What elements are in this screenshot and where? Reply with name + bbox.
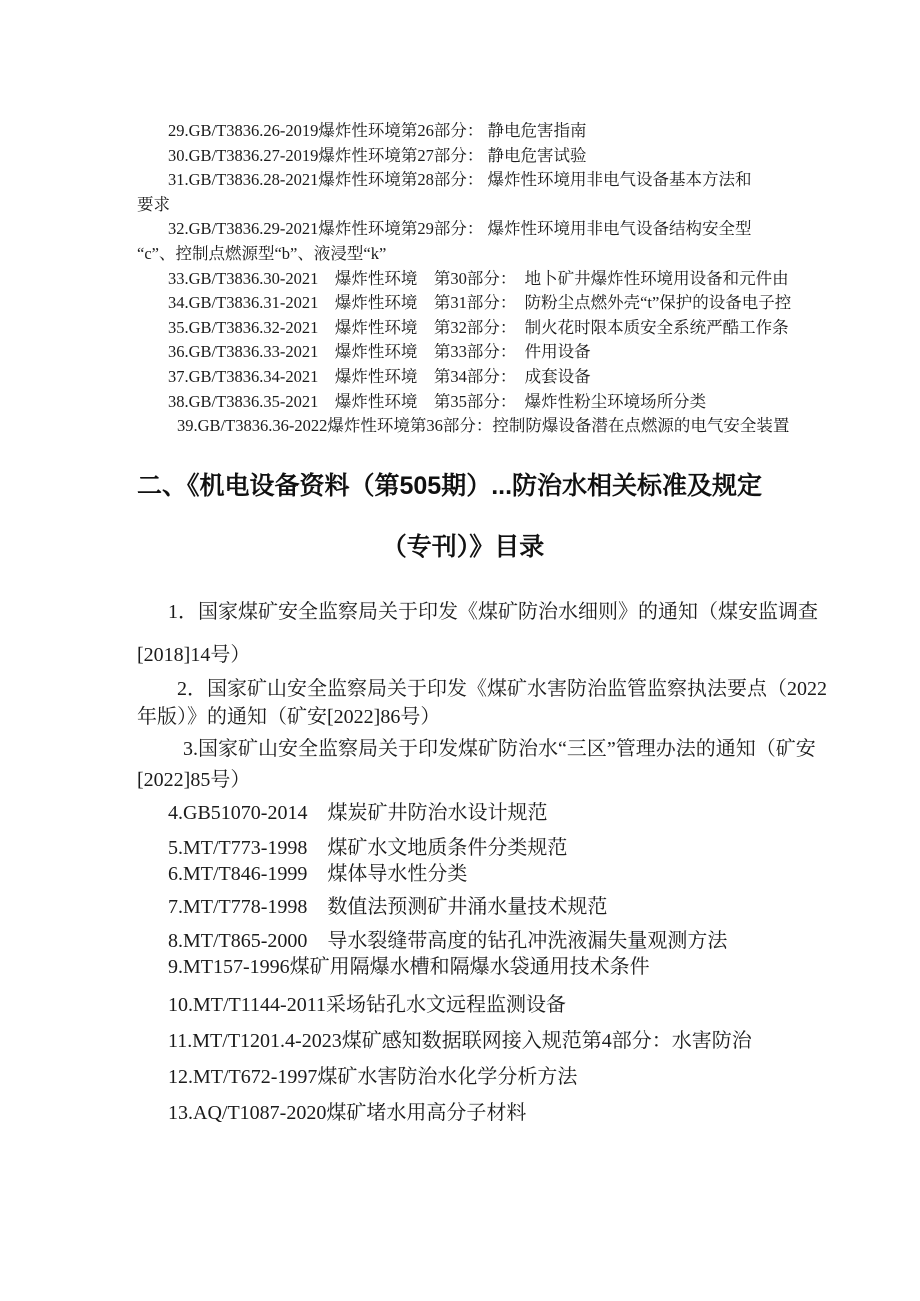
- standards-list-line-31: 31.GB/T3836.28-2021爆炸性环境第28部分： 爆炸性环境用非电气…: [137, 168, 820, 193]
- standards-list-line-32-cont: “c”、控制点燃源型“b”、液浸型“k”: [137, 242, 820, 267]
- catalog-item-12: 12.MT/T672-1997煤矿水害防治水化学分析方法: [137, 1064, 820, 1090]
- catalog-item-3: 3.国家矿山安全监察局关于印发煤矿防治水“三区”管理办法的通知（矿安: [137, 736, 820, 762]
- catalog-item-4: 4.GB51070-2014 煤炭矿井防治水设计规范: [137, 800, 820, 826]
- section-heading: 二、《机电设备资料（第505期）...防治水相关标准及规定 （专刊）》目录: [137, 470, 820, 564]
- standards-list-line-37: 37.GB/T3836.34-2021 爆炸性环境 第34部分： 成套设备: [137, 365, 820, 390]
- standards-list-line-35: 35.GB/T3836.32-2021 爆炸性环境 第32部分： 制火花时限本质…: [137, 316, 820, 341]
- catalog-item-7: 7.MT/T778-1998 数值法预测矿井涌水量技术规范: [137, 894, 820, 920]
- catalog-item-13: 13.AQ/T1087-2020煤矿堵水用高分子材料: [137, 1100, 820, 1126]
- catalog-item-9: 9.MT157-1996煤矿用隔爆水槽和隔爆水袋通用技术条件: [137, 954, 820, 980]
- section-heading-line2: （专刊）》目录: [106, 531, 820, 564]
- catalog-item-8: 8.MT/T865-2000 导水裂缝带高度的钻孔冲洗液漏失量观测方法: [137, 928, 820, 954]
- catalog-item-6: 6.MT/T846-1999 煤体导水性分类: [137, 861, 820, 887]
- standards-list-line-39: 39.GB/T3836.36-2022爆炸性环境第36部分：控制防爆设备潜在点燃…: [137, 414, 820, 439]
- standards-list-line-33: 33.GB/T3836.30-2021 爆炸性环境 第30部分： 地卜矿井爆炸性…: [137, 267, 820, 292]
- standards-list-line-32: 32.GB/T3836.29-2021爆炸性环境第29部分： 爆炸性环境用非电气…: [137, 217, 820, 242]
- document-page: 29.GB/T3836.26-2019爆炸性环境第26部分： 静电危害指南 30…: [0, 0, 920, 1301]
- section-heading-line1: 二、《机电设备资料（第505期）...防治水相关标准及规定: [137, 470, 820, 503]
- catalog-item-3-cont: [2022]85号）: [137, 767, 820, 793]
- standards-list-line-38: 38.GB/T3836.35-2021 爆炸性环境 第35部分： 爆炸性粉尘环境…: [137, 390, 820, 415]
- standards-list-line-36: 36.GB/T3836.33-2021 爆炸性环境 第33部分： 件用设备: [137, 340, 820, 365]
- catalog-item-1: 1．国家煤矿安全监察局关于印发《煤矿防治水细则》的通知（煤安监调查: [137, 599, 820, 625]
- standards-list-line-29: 29.GB/T3836.26-2019爆炸性环境第26部分： 静电危害指南: [137, 119, 820, 144]
- catalog-list: 1．国家煤矿安全监察局关于印发《煤矿防治水细则》的通知（煤安监调查 [2018]…: [137, 599, 820, 1126]
- catalog-item-1-cont: [2018]14号）: [137, 642, 820, 668]
- standards-list: 29.GB/T3836.26-2019爆炸性环境第26部分： 静电危害指南 30…: [137, 119, 820, 439]
- catalog-item-5: 5.MT/T773-1998 煤矿水文地质条件分类规范: [137, 835, 820, 861]
- catalog-item-2-cont: 年版）》的通知（矿安[2022]86号）: [137, 704, 820, 730]
- catalog-item-2: 2．国家矿山安全监察局关于印发《煤矿水害防治监管监察执法要点（2022: [137, 676, 820, 702]
- standards-list-line-30: 30.GB/T3836.27-2019爆炸性环境第27部分： 静电危害试验: [137, 144, 820, 169]
- standards-list-line-34: 34.GB/T3836.31-2021 爆炸性环境 第31部分： 防粉尘点燃外壳…: [137, 291, 820, 316]
- catalog-item-11: 11.MT/T1201.4-2023煤矿感知数据联网接入规范第4部分：水害防治: [137, 1028, 820, 1054]
- catalog-item-10: 10.MT/T1144-2011采场钻孔水文远程监测设备: [137, 992, 820, 1018]
- standards-list-line-31-cont: 要求: [137, 193, 820, 218]
